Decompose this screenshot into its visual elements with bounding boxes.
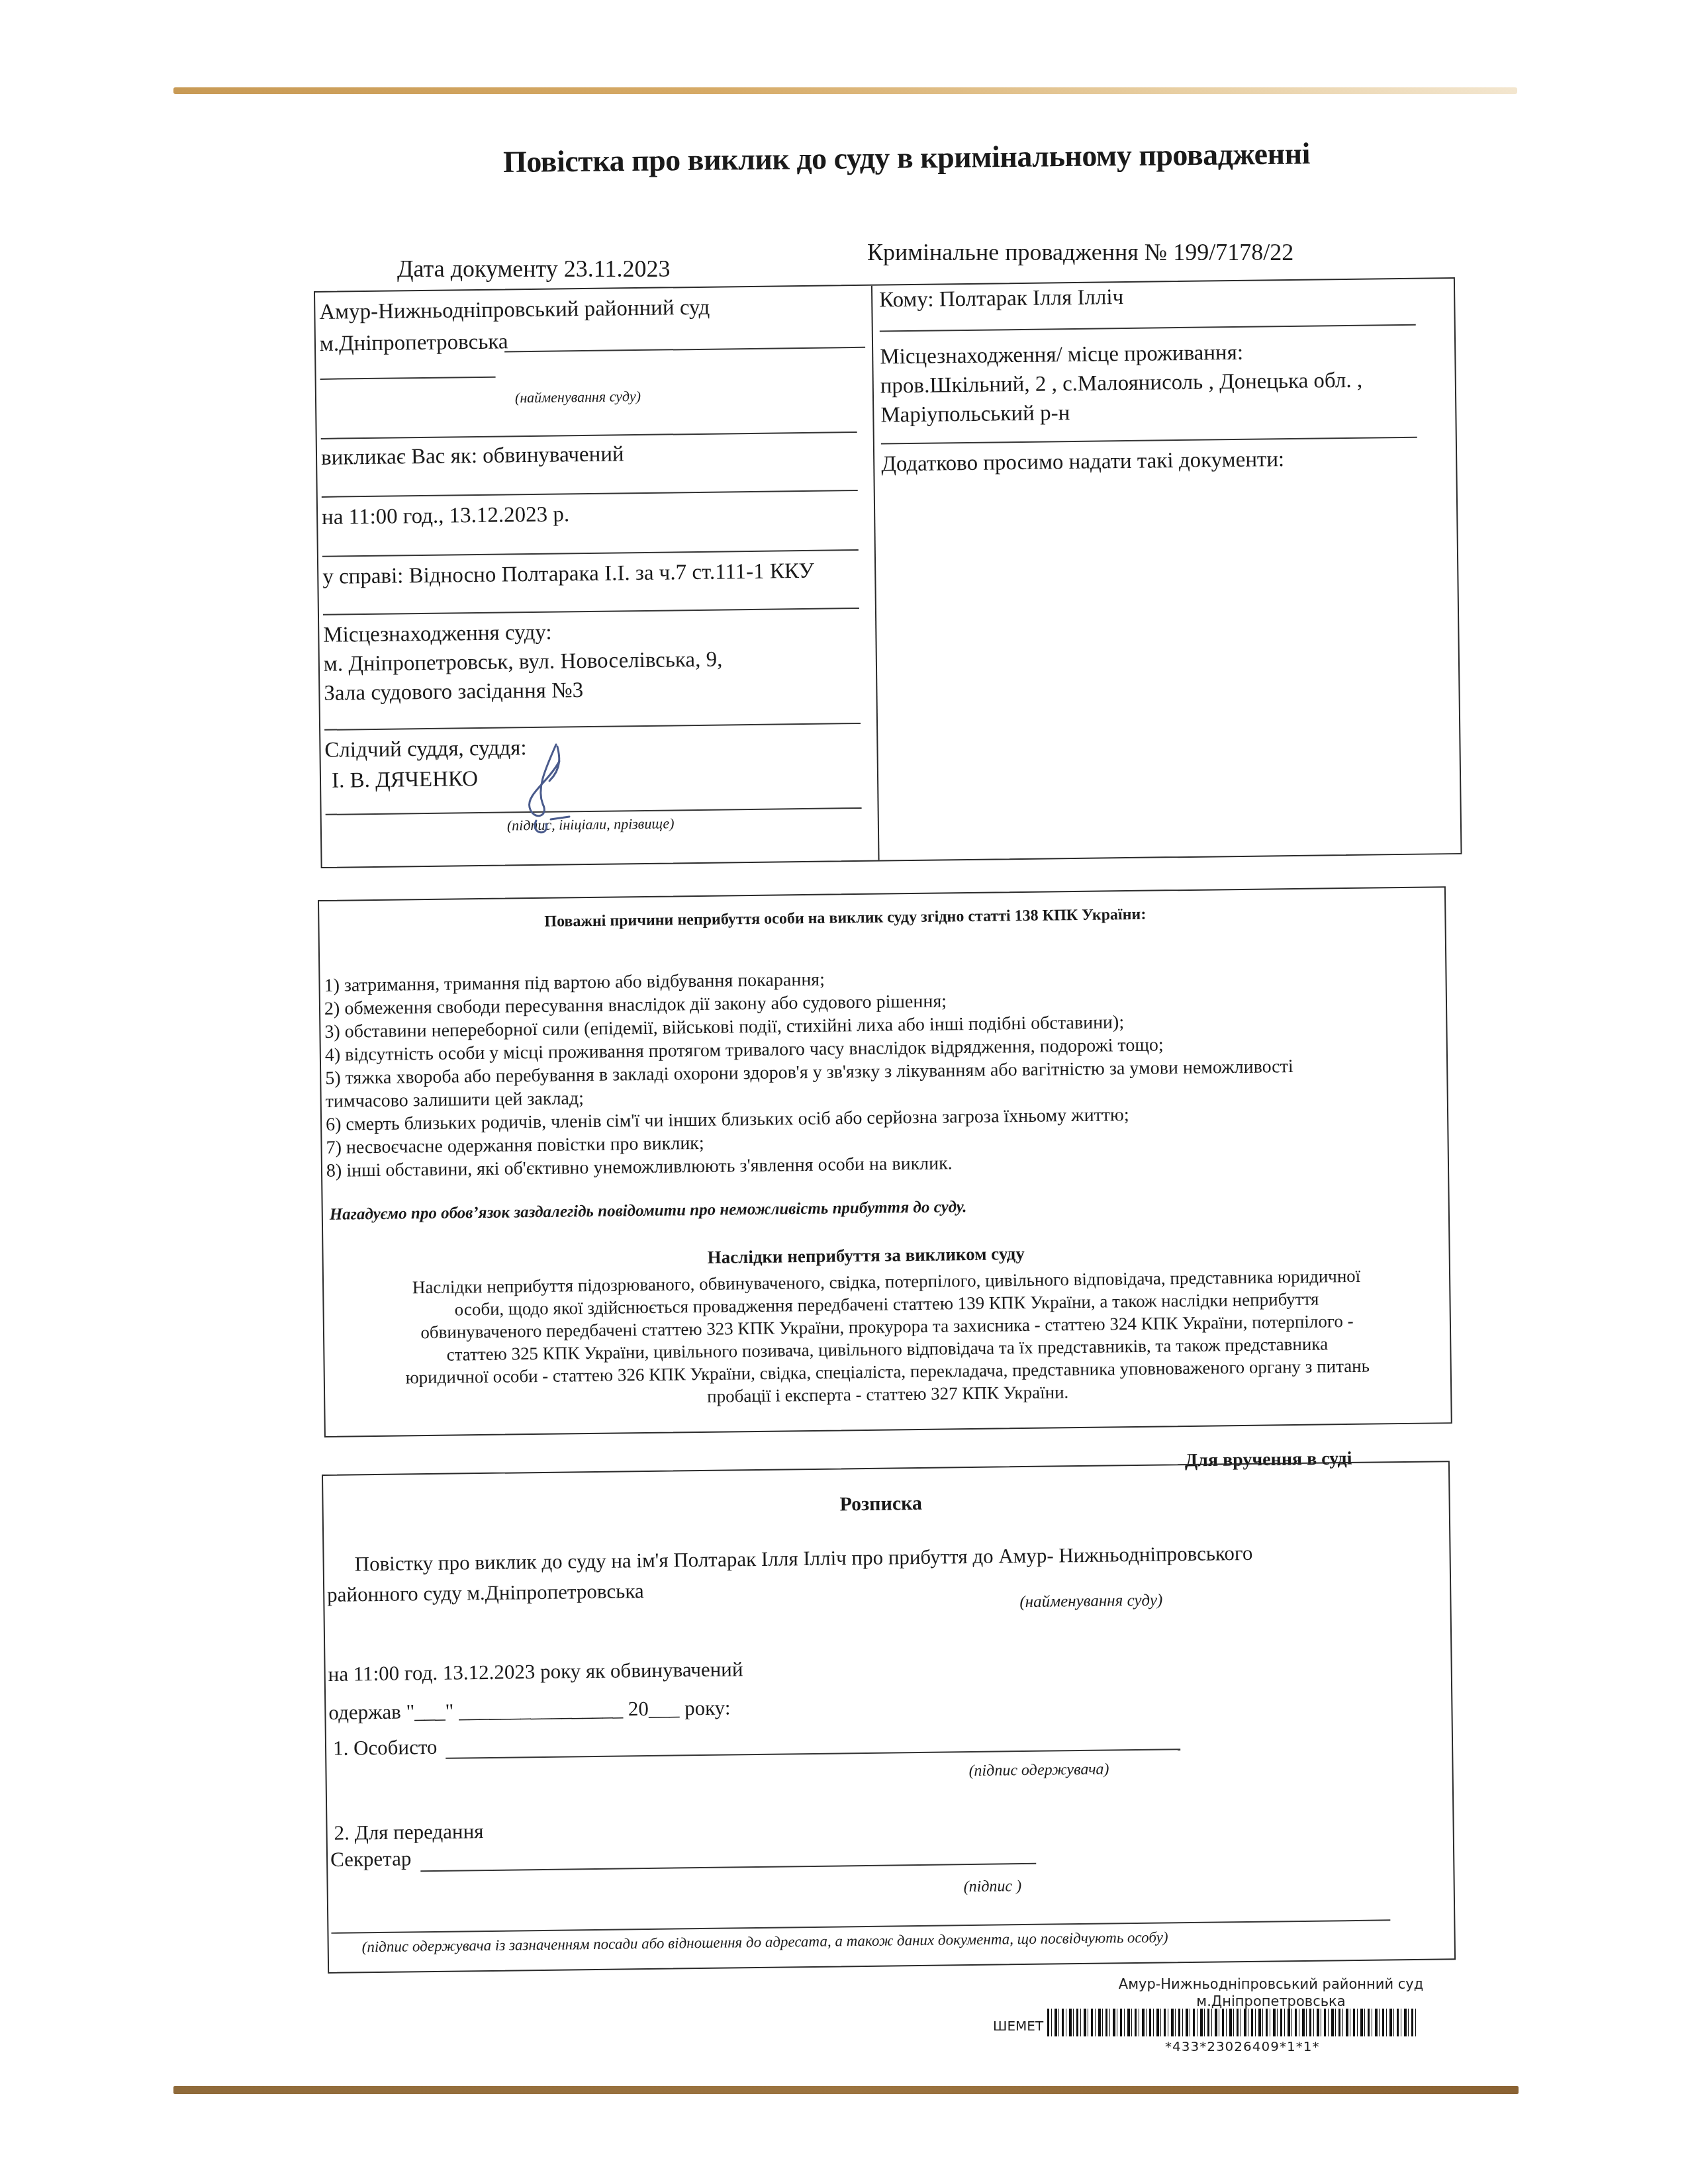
consequences-text: Наслідки неприбуття підозрюваного, обвин… [324, 1263, 1450, 1412]
barcode-number: *433*23026409*1*1* [1165, 2038, 1319, 2054]
document-date: Дата документу 23.11.2023 [397, 255, 671, 283]
court-location-label: Місцезнаходження суду: [323, 621, 552, 648]
court-location-line1: м. Дніпропетровськ, вул. Новоселівська, … [324, 648, 723, 677]
barcode-row: ШЕМЕТ [993, 2009, 1418, 2036]
hearing-datetime: на 11:00 год., 13.12.2023 р. [322, 502, 569, 530]
bottom-caption: (підпис одержувача із зазначенням посади… [362, 1929, 1168, 1956]
judge-name: І. В. ДЯЧЕНКО [332, 767, 478, 794]
recipient-signature-caption: (підпис одержувача) [968, 1761, 1109, 1781]
judge-signature-icon [510, 741, 609, 841]
court-stamp: Амур-Нижньодніпровський районний суд м.Д… [1086, 1976, 1456, 2010]
receipt-line2: районного суду м.Дніпропетровська [327, 1579, 644, 1607]
divider [323, 608, 859, 615]
summons-table: Амур-Нижньодніпровський районний суд м.Д… [314, 277, 1462, 868]
column-divider [871, 286, 880, 860]
document-title: Повістка про виклик до суду в кримінальн… [503, 136, 1310, 179]
court-name-line2: м.Дніпропетровська [320, 330, 508, 356]
court-name-line1: Амур-Нижньодніпровський районний суд [319, 296, 710, 325]
stamp-court-line2: м.Дніпропетровська [1086, 1993, 1456, 2010]
secretary-signature-field[interactable] [420, 1863, 1036, 1872]
residence-line2: Маріупольський р-н [880, 401, 1070, 428]
reasons-title: Поважні причини неприбуття особи на викл… [544, 906, 1146, 931]
secretary-label: Секретар [330, 1846, 412, 1871]
secretary-signature-caption: (підпис ) [964, 1878, 1022, 1896]
paper-edge-bottom [173, 2086, 1519, 2094]
court-name-underline [504, 347, 865, 353]
paper-edge-top [173, 87, 1517, 94]
barcode-label: ШЕМЕТ [993, 2018, 1043, 2034]
court-location-line2: Зала судового засідання №3 [324, 678, 583, 706]
divider [322, 549, 859, 557]
divider [322, 490, 858, 498]
reminder-note: Нагадуємо про обов’язок заздалегідь пові… [330, 1198, 967, 1224]
consequences-title: Наслідки неприбуття за викликом суду [707, 1244, 1025, 1268]
receipt-line1: Повістку про виклик до суду на ім'я Полт… [354, 1541, 1252, 1576]
recipient: Кому: Полтарак Ілля Ілліч [879, 285, 1123, 313]
receipt-title: Розписка [839, 1492, 922, 1516]
personally-label: 1. Особисто [333, 1735, 438, 1760]
court-name-caption: (найменування суду) [515, 388, 641, 406]
divider [324, 723, 861, 731]
bottom-signature-field[interactable] [331, 1919, 1390, 1934]
stamp-court-line1: Амур-Нижньодніпровський районний суд [1086, 1976, 1456, 1993]
received-date-field[interactable]: одержав "___" ________________ 20___ рок… [328, 1696, 730, 1724]
transfer-label: 2. Для передання [334, 1819, 483, 1845]
recipient-signature-field[interactable] [445, 1749, 1180, 1759]
residence-label: Місцезнаходження/ місце проживання: [880, 341, 1243, 370]
divider [321, 432, 857, 439]
documents-label: Додатково просимо надати такі документи: [881, 447, 1284, 477]
valid-reasons-box: Поважні причини неприбуття особи на викл… [318, 886, 1452, 1437]
reasons-list: 1) затримання, тримання під вартою або в… [324, 962, 1294, 1183]
residence-line1: пров.Шкільний, 2 , с.Малоянисоль , Донец… [880, 369, 1363, 399]
receipt-box: Розписка Повістку про виклик до суду на … [322, 1461, 1456, 1974]
divider [880, 324, 1416, 332]
court-caption: (найменування суду) [1019, 1591, 1162, 1612]
court-name-underline-2 [320, 377, 496, 380]
barcode-icon [1047, 2009, 1418, 2036]
case-number: Кримінальне провадження № 199/7178/22 [867, 238, 1293, 266]
summons-role: викликає Вас як: обвинувачений [321, 442, 624, 471]
divider [881, 437, 1417, 445]
receipt-datetime: на 11:00 год. 13.12.2023 року як обвинув… [328, 1657, 743, 1686]
case-subject: у справі: Відносно Полтарака І.І. за ч.7… [322, 559, 814, 590]
judge-label: Слідчий суддя, суддя: [324, 736, 526, 763]
